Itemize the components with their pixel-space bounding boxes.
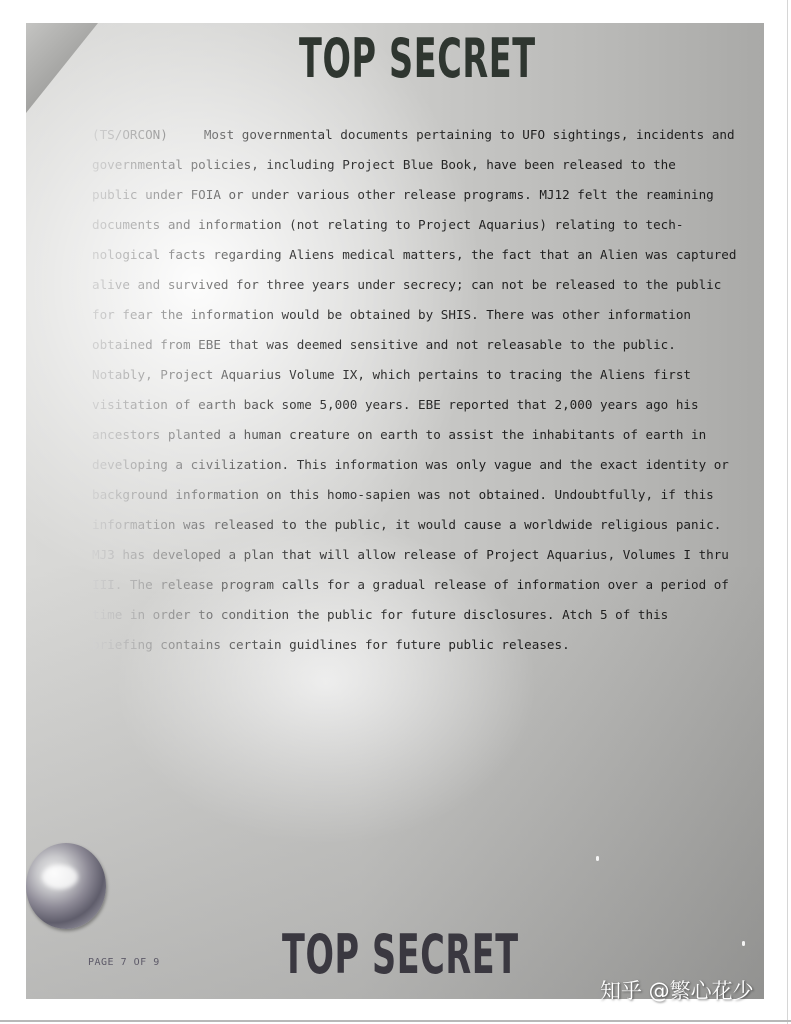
footer-classification-stamp: TOP SECRET [282, 923, 519, 986]
document-page: TOP SECRET (TS/ORCON)Most governmental d… [26, 23, 764, 999]
body-line: Notably, Project Aquarius Volume IX, whi… [92, 360, 752, 390]
bottom-border-rule [0, 1020, 791, 1022]
body-line: developing a civilization. This informat… [92, 450, 752, 480]
body-line: background information on this homo-sapi… [92, 480, 752, 510]
dust-speck [742, 941, 745, 946]
body-line: visitation of earth back some 5,000 year… [92, 390, 752, 420]
body-line: nological facts regarding Aliens medical… [92, 240, 752, 270]
body-line: III. The release program calls for a gra… [92, 570, 752, 600]
body-line: information was released to the public, … [92, 510, 752, 540]
right-border-rule [787, 0, 788, 1024]
coin-highlight [42, 865, 78, 889]
header-classification-stamp: TOP SECRET [299, 27, 536, 90]
document-body: (TS/ORCON)Most governmental documents pe… [92, 120, 752, 660]
body-line: ancestors planted a human creature on ea… [92, 420, 752, 450]
body-line: governmental policies, including Project… [92, 150, 752, 180]
scanned-document-frame: TOP SECRET (TS/ORCON)Most governmental d… [0, 0, 791, 1024]
folded-corner-icon [26, 23, 98, 113]
body-line: documents and information (not relating … [92, 210, 752, 240]
body-line: (TS/ORCON)Most governmental documents pe… [92, 120, 752, 150]
dust-speck [596, 856, 599, 861]
page-number: PAGE 7 OF 9 [88, 957, 160, 968]
body-line: alive and survived for three years under… [92, 270, 752, 300]
coin-icon [26, 843, 106, 929]
body-line: time in order to condition the public fo… [92, 600, 752, 630]
watermark-text: 知乎 @繁心花少 [600, 975, 754, 1005]
body-line: obtained from EBE that was deemed sensit… [92, 330, 752, 360]
body-line: briefing contains certain guidlines for … [92, 630, 752, 660]
body-line: public under FOIA or under various other… [92, 180, 752, 210]
body-line: MJ3 has developed a plan that will allow… [92, 540, 752, 570]
body-line: for fear the information would be obtain… [92, 300, 752, 330]
classification-marking: (TS/ORCON) [92, 127, 168, 142]
